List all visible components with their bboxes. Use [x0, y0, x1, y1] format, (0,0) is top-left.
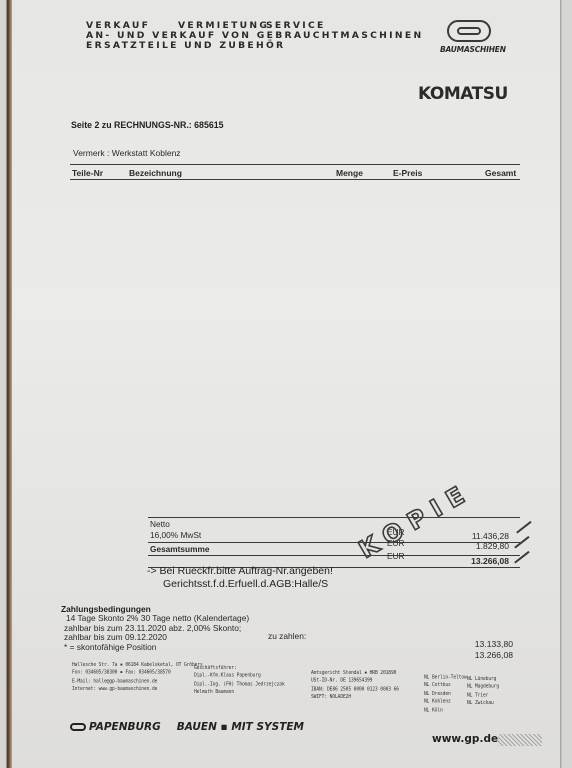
footer-branches-col2: NL Lüneburg NL Magdeburg NL Trier NL Zwi…	[467, 676, 499, 709]
tagline-row3: ERSATZTEILE UND ZUBEHÖR	[86, 41, 423, 51]
letterhead-tagline: VERKAUFVERMIETUNGSERVICE AN- UND VERKAUF…	[86, 21, 423, 51]
to-pay-label: zu zahlen:	[268, 631, 306, 641]
col-header-teile-nr: Teile-Nr	[72, 168, 103, 178]
slogan-brand: PAPENBURG	[89, 721, 161, 733]
gp-baumaschinen-logo: BAUMASCHIHEN	[440, 20, 498, 60]
totals-mwst-label: 16,00% MwSt	[150, 530, 201, 540]
totals-top-rule	[148, 517, 520, 518]
footer-line: Dipl.-Kfm.Klaus Papenburg	[194, 673, 285, 681]
totals-gesamt-currency: EUR	[387, 551, 405, 561]
note-line: Gerichtsst.f.d.Erfuell.d.AGB:Halle/S	[147, 578, 333, 591]
totals-gesamt-value: 13.266,08	[429, 556, 509, 566]
papenburg-slogan: PAPENBURGBAUEN ▪ MIT SYSTEM	[70, 721, 304, 733]
footer-line: Helmuth Baumann	[194, 689, 285, 697]
branch: NL Dresden	[424, 690, 467, 698]
totals-mwst-value: 1.829,80	[429, 541, 509, 551]
branch: NL Köln	[424, 707, 467, 715]
footer-line: USt-ID-Nr. DE 139654399	[311, 678, 399, 686]
footer-line: Internet: www.gp-baumaschinen.de	[72, 686, 203, 694]
col-header-gesamt: Gesamt	[485, 168, 516, 178]
footer-registry: Amtsgericht Stendal ▪ HRB 201890 USt-ID-…	[311, 670, 399, 703]
note-line: -> Bei Rueckfr.bitte Auftrag-Nr.angeben!	[147, 565, 333, 578]
totals-gesamtsumme-label: Gesamtsumme	[150, 544, 210, 554]
slogan-text: BAUEN ▪ MIT SYSTEM	[177, 721, 304, 733]
payment-term-line: * = skontofähige Position	[64, 643, 249, 653]
table-top-rule	[70, 164, 520, 165]
col-header-e-preis: E-Preis	[393, 168, 422, 178]
footer-line: Geschäftsführer:	[194, 665, 285, 673]
footer-line: IBAN: DE86 2505 0000 0123 0003 66	[311, 686, 399, 694]
paper-edge-right	[560, 0, 572, 768]
branch: NL Koblenz	[424, 699, 467, 707]
branch: NL Magdeburg	[467, 684, 499, 692]
footer-website: www.gp.de	[432, 733, 498, 745]
footer-line: E-Mail: halle@gp-baumaschinen.de	[72, 678, 203, 686]
branch: NL Trier	[467, 692, 499, 700]
logo-subtitle: BAUMASCHIHEN	[440, 45, 498, 54]
footer-line: Hallesche Str. 7a ▪ 06184 Kabelsketal, O…	[72, 662, 203, 670]
branch: NL Lüneburg	[467, 676, 499, 684]
branch: NL Cottbus	[424, 682, 467, 690]
footer-management: Geschäftsführer: Dipl.-Kfm.Klaus Papenbu…	[194, 665, 285, 698]
komatsu-logo: KOMATSU	[418, 84, 508, 104]
footer-line: Dipl.-Ing. (FH) Thomas Jedrzejczak	[194, 681, 285, 689]
footer-line: SWIFT: NOLADE2H	[311, 694, 399, 702]
footer-branches-col1: NL Berlin-Teltow NL Cottbus NL Dresden N…	[424, 674, 467, 715]
invoice-remark: Vermerk : Werkstatt Koblenz	[73, 148, 181, 158]
footer-line: Amtsgericht Stendal ▪ HRB 201890	[311, 670, 399, 678]
footer-line: Fon: 034605/38300 ▪ Fax: 034605/38570	[72, 670, 203, 678]
invoice-notes: -> Bei Rueckfr.bitte Auftrag-Nr.angeben!…	[147, 565, 333, 591]
scan-noise	[498, 734, 542, 746]
col-header-bezeichnung: Bezeichnung	[129, 168, 182, 178]
totals-netto-label: Netto	[150, 519, 170, 529]
amount-with-discount: 13.133,80	[433, 639, 513, 649]
payment-terms-lines: 14 Tage Skonto 2% 30 Tage netto (Kalende…	[64, 614, 249, 652]
invoice-page-reference: Seite 2 zu RECHNUNGS-NR.: 685615	[71, 120, 224, 130]
gp-small-logo-icon	[70, 723, 86, 731]
gp-logo-icon	[447, 20, 491, 42]
col-header-menge: Menge	[336, 168, 363, 178]
table-header-rule	[70, 179, 520, 180]
branch: NL Berlin-Teltow	[424, 674, 467, 682]
branch: NL Zwickau	[467, 700, 499, 708]
footer-address: Hallesche Str. 7a ▪ 06184 Kabelsketal, O…	[72, 662, 203, 695]
totals-netto-value: 11.436,28	[429, 531, 509, 541]
amount-net: 13.266,08	[433, 650, 513, 660]
